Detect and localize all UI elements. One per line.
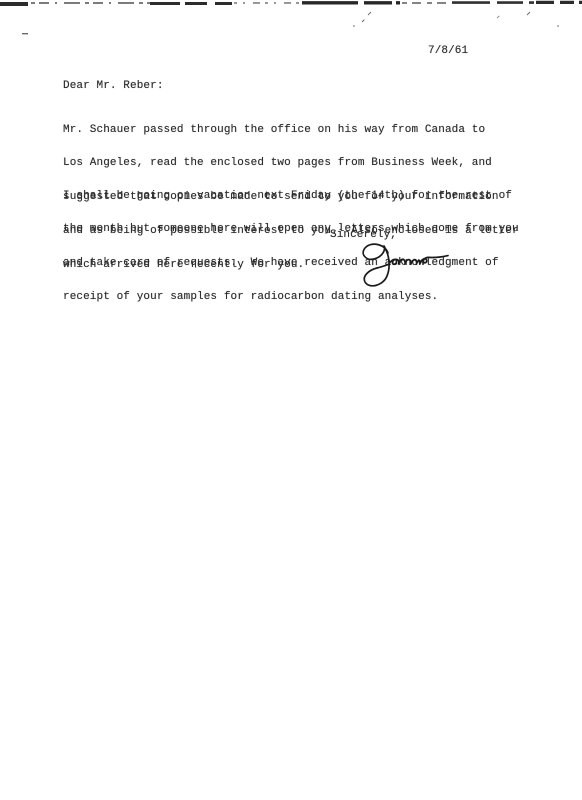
letter-salutation: Dear Mr. Reber: bbox=[63, 81, 164, 92]
text-line: I shall be going on vacation next Friday… bbox=[63, 191, 519, 202]
text-line: Mr. Schauer passed through the office on… bbox=[63, 125, 519, 136]
text-line: receipt of your samples for radiocarbon … bbox=[63, 292, 519, 303]
scanned-letter-page: 7/8/61 Dear Mr. Reber: Mr. Schauer passe… bbox=[0, 0, 582, 800]
text-line: the month but someone here will open any… bbox=[63, 224, 519, 235]
signature-jennie bbox=[349, 240, 451, 290]
letter-date: 7/8/61 bbox=[428, 46, 468, 57]
